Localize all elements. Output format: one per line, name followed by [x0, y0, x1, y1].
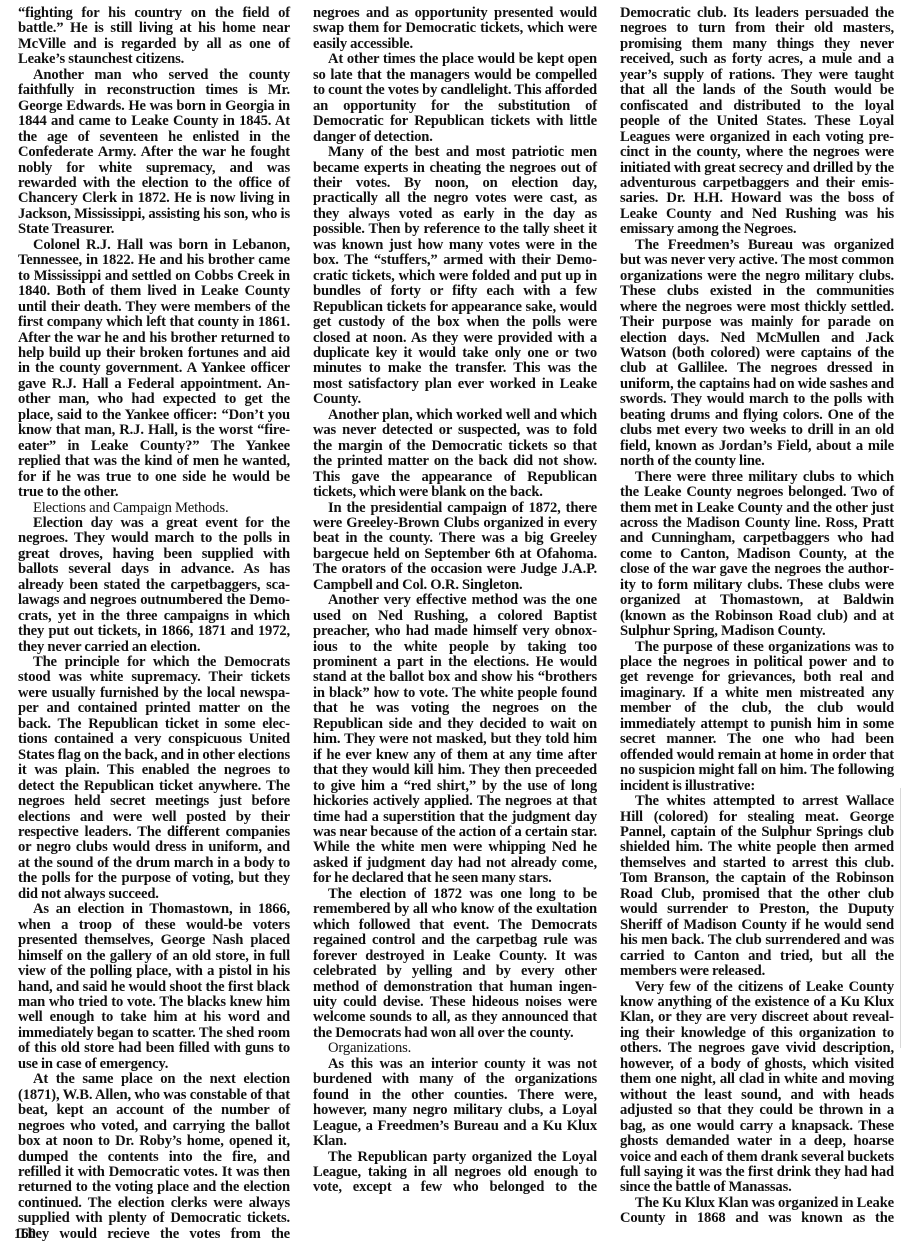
paragraph: Democratic club. Its leaders persuaded t… [620, 6, 894, 238]
paragraph: The Freedmen’s Bureau was organized but … [620, 238, 894, 470]
text-column-1: “fighting for his country on the field o… [18, 6, 290, 1242]
paragraph: At other times the place would be kept o… [313, 52, 597, 145]
paragraph: At the same place on the next election (… [18, 1072, 290, 1242]
paragraph: The election of 1872 was one long to be … [313, 887, 597, 1042]
paragraph: The Republican party organized the Loyal… [313, 1150, 597, 1196]
section-heading: Organizations. [313, 1041, 597, 1056]
paragraph: Another man who served the county faithf… [18, 68, 290, 238]
paragraph: As an election in Thomastown, in 1866, w… [18, 902, 290, 1072]
paragraph: In the presidential campaign of 1872, th… [313, 501, 597, 594]
paragraph: The Ku Klux Klan was organized in Leake … [620, 1196, 894, 1227]
paragraph: Election day was a great event for the n… [18, 516, 290, 655]
document-page: “fighting for his country on the field o… [0, 0, 905, 1247]
paragraph: Another very effective method was the on… [313, 593, 597, 887]
paragraph: “fighting for his country on the field o… [18, 6, 290, 68]
page-number: 160 [14, 1227, 36, 1242]
paragraph: The principle for which the Democrats st… [18, 655, 290, 902]
paragraph: Another plan, which worked well and whic… [313, 408, 597, 501]
paragraph: The purpose of these organizations was t… [620, 640, 894, 795]
scan-margin-line [900, 788, 901, 1048]
paragraph: There were three military clubs to which… [620, 470, 894, 640]
section-heading: Elections and Campaign Methods. [18, 501, 290, 516]
text-column-3: Democratic club. Its leaders persuaded t… [620, 6, 894, 1227]
paragraph: Many of the best and most patriotic men … [313, 145, 597, 408]
paragraph: As this was an interior county it was no… [313, 1057, 597, 1150]
paragraph: Very few of the citizens of Leake County… [620, 980, 894, 1196]
paragraph: Colonel R.J. Hall was born in Lebanon, T… [18, 238, 290, 501]
paragraph: negroes and as opportunity presented wou… [313, 6, 597, 52]
text-column-2: negroes and as opportunity presented wou… [313, 6, 597, 1196]
scan-speck [881, 956, 883, 958]
paragraph: The whites attempted to arrest Wallace H… [620, 794, 894, 979]
